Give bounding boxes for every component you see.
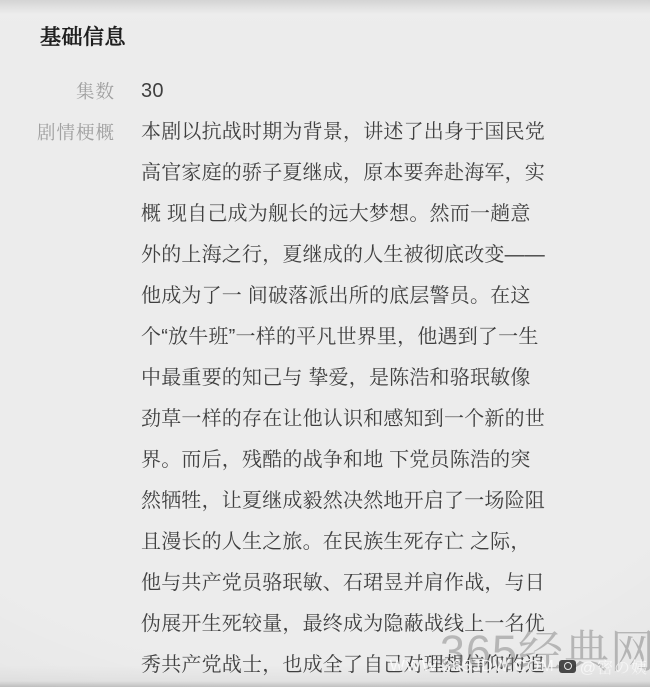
synopsis-line: 本剧以抗战时期为背景，讲述了出身于国民党 bbox=[141, 112, 545, 153]
synopsis-line: 界。而后，残酷的战争和地 下党员陈浩的突 bbox=[141, 440, 545, 481]
section-title: 基础信息 bbox=[40, 25, 126, 50]
episodes-row: 集数 30 bbox=[0, 71, 650, 112]
synopsis-line: 个“放牛班”一样的平凡世界里，他遇到了一生 bbox=[141, 317, 545, 358]
info-rows: 集数 30 剧情梗概 本剧以抗战时期为背景，讲述了出身于国民党高官家庭的骄子夏继… bbox=[0, 71, 650, 686]
synopsis-line: 他成为了一 间破落派出所的底层警员。在这 bbox=[141, 276, 545, 317]
synopsis-line: 中最重要的知己与 挚爱，是陈浩和骆珉敏像 bbox=[141, 358, 545, 399]
synopsis-line: 秀共产党战士，也成全了自己对理想信仰的追 bbox=[141, 645, 545, 686]
basic-info-panel: 基础信息 集数 30 剧情梗概 本剧以抗战时期为背景，讲述了出身于国民党高官家庭… bbox=[0, 0, 650, 687]
synopsis-text: 本剧以抗战时期为背景，讲述了出身于国民党高官家庭的骄子夏继成，原本要奔赴海军，实… bbox=[141, 112, 545, 686]
synopsis-line: 概 现自己成为舰长的远大梦想。然而一趟意 bbox=[141, 194, 545, 235]
synopsis-line: 劲草一样的存在让他认识和感知到一个新的世 bbox=[141, 399, 545, 440]
synopsis-row: 剧情梗概 本剧以抗战时期为背景，讲述了出身于国民党高官家庭的骄子夏继成，原本要奔… bbox=[0, 112, 650, 686]
synopsis-line: 然牺牲，让夏继成毅然决然地开启了一场险阻 bbox=[141, 481, 545, 522]
synopsis-line: 且漫长的人生之旅。在民族生死存亡 之际， bbox=[141, 522, 545, 563]
episodes-value: 30 bbox=[141, 71, 164, 112]
episodes-label: 集数 bbox=[0, 71, 115, 112]
synopsis-line: 伪展开生死较量，最终成为隐蔽战线上一名优 bbox=[141, 604, 545, 645]
synopsis-line: 他与共产党员骆珉敏、石珺昱并肩作战，与日 bbox=[141, 563, 545, 604]
synopsis-line: 高官家庭的骄子夏继成，原本要奔赴海军，实 bbox=[141, 153, 545, 194]
synopsis-line: 外的上海之行，夏继成的人生被彻底改变—— bbox=[141, 235, 545, 276]
synopsis-label: 剧情梗概 bbox=[0, 112, 115, 153]
